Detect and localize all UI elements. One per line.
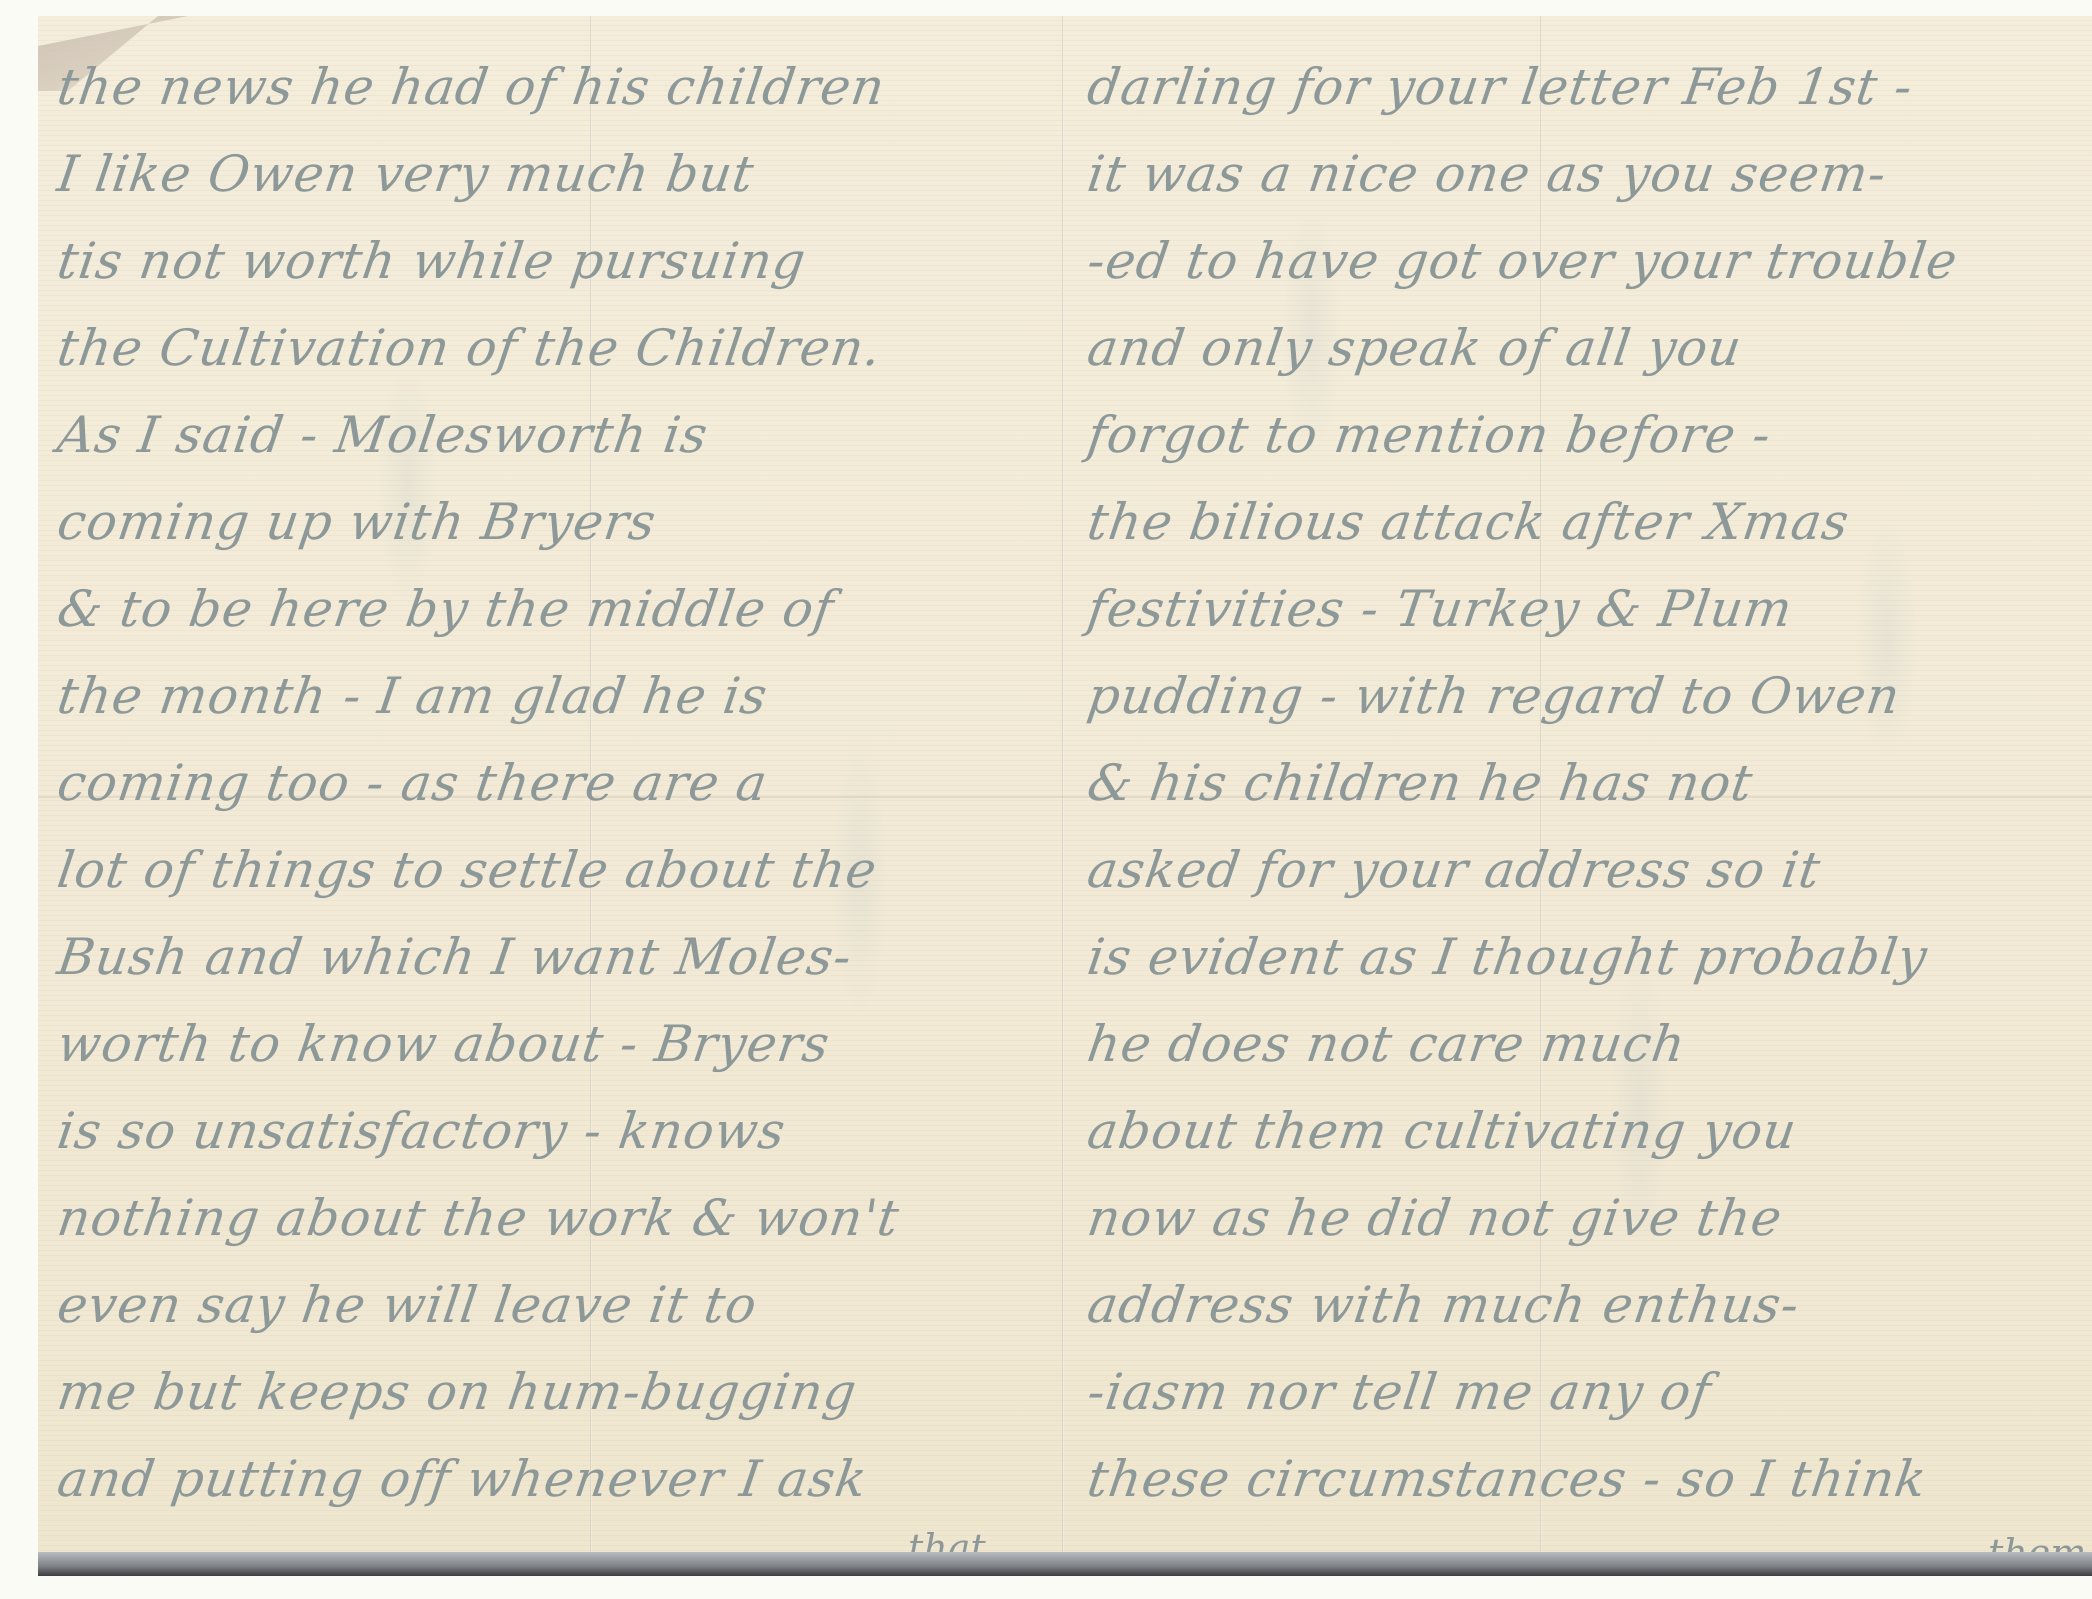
right-line: darling for your letter Feb 1st -: [1082, 44, 2092, 131]
right-line: -ed to have got over your trouble: [1082, 218, 2092, 305]
right-line: pudding - with regard to Owen: [1082, 653, 2092, 740]
left-line: coming up with Bryers: [52, 479, 1064, 566]
scan-shadow-strip: [38, 1552, 2092, 1576]
right-line: address with much enthus-: [1082, 1262, 2092, 1349]
right-page: darling for your letter Feb 1st - it was…: [1088, 44, 2088, 1523]
left-line: lot of things to settle about the: [52, 827, 1064, 914]
left-line: is so unsatisfactory - knows: [52, 1088, 1064, 1175]
right-line: forgot to mention before -: [1082, 392, 2092, 479]
right-line: he does not care much: [1082, 1001, 2092, 1088]
left-line: As I said - Molesworth is: [52, 392, 1064, 479]
left-line: me but keeps on hum-bugging: [52, 1349, 1064, 1436]
right-line: asked for your address so it: [1082, 827, 2092, 914]
right-line: & his children he has not: [1082, 740, 2092, 827]
left-line: the month - I am glad he is: [52, 653, 1064, 740]
left-line: coming too - as there are a: [52, 740, 1064, 827]
right-line: -iasm nor tell me any of: [1082, 1349, 2092, 1436]
left-line: & to be here by the middle of: [52, 566, 1064, 653]
left-line: even say he will leave it to: [52, 1262, 1064, 1349]
left-line: nothing about the work & won't: [52, 1175, 1064, 1262]
left-line: the news he had of his children: [52, 44, 1064, 131]
right-line: is evident as I thought probably: [1082, 914, 2092, 1001]
right-line: the bilious attack after Xmas: [1082, 479, 2092, 566]
left-line: Bush and which I want Moles-: [52, 914, 1064, 1001]
right-line: now as he did not give the: [1082, 1175, 2092, 1262]
left-page: the news he had of his children I like O…: [58, 44, 1058, 1523]
left-line: I like Owen very much but: [52, 131, 1064, 218]
left-line: worth to know about - Bryers: [52, 1001, 1064, 1088]
right-line: and only speak of all you: [1082, 305, 2092, 392]
left-line: tis not worth while pursuing: [52, 218, 1064, 305]
left-line: the Cultivation of the Children.: [52, 305, 1064, 392]
right-line: festivities - Turkey & Plum: [1082, 566, 2092, 653]
letter-sheet: the news he had of his children I like O…: [38, 16, 2092, 1576]
right-line: it was a nice one as you seem-: [1082, 131, 2092, 218]
left-line: and putting off whenever I ask: [52, 1436, 1064, 1523]
right-line: about them cultivating you: [1082, 1088, 2092, 1175]
right-line: these circumstances - so I think: [1082, 1436, 2092, 1523]
